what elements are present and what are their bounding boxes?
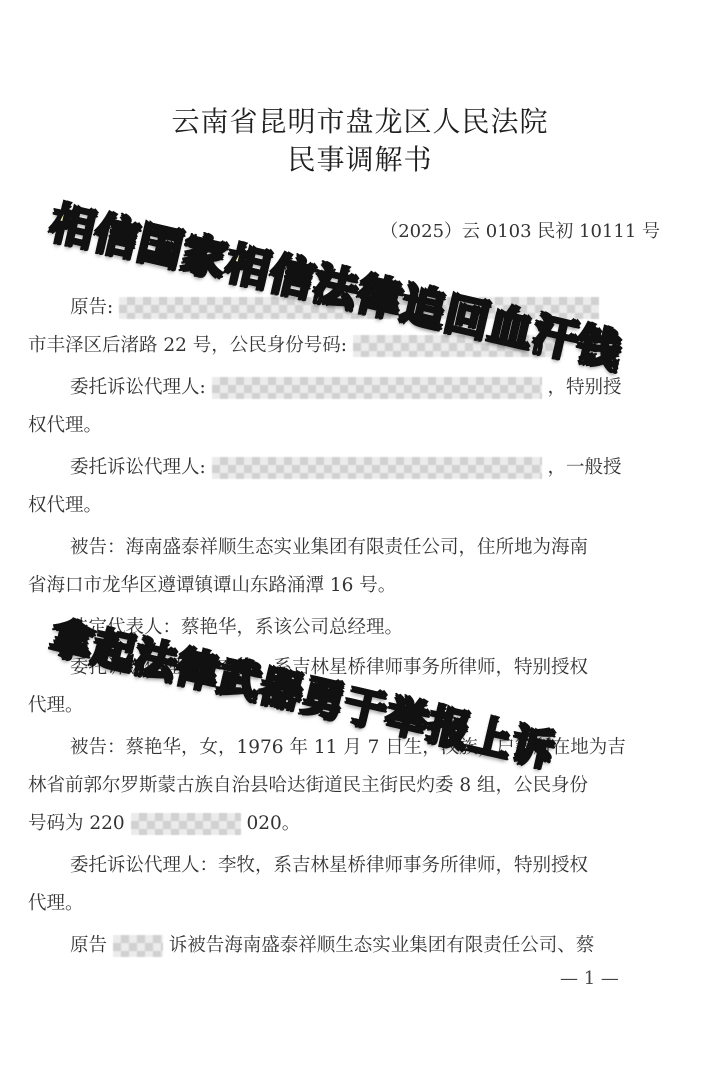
agent-line-4: 委托诉讼代理人：李牧，系吉林星桥律师事务所律师，特别授权 — [28, 854, 702, 878]
case-number: （2025）云 0103 民初 10111 号 — [380, 217, 660, 243]
defendant-person-line: 被告：蔡艳华，女，1976 年 11 月 7 日生，汉族，户籍所在地为吉 — [28, 736, 702, 760]
line-16: 代理。 — [28, 892, 660, 916]
redacted-block — [113, 935, 163, 957]
defendant-residence-line: 林省前郭尔罗斯蒙古族自治县哈达街道民主街民灼委 8 组，公民身份 — [28, 774, 660, 798]
agent-line-1: 委托诉讼代理人: ，特别授 — [28, 376, 702, 400]
address-text: 市丰泽区后渚路 22 号，公民身份号码: — [28, 335, 347, 356]
claim-line: 原告 诉被告海南盛泰祥顺生态实业集团有限责任公司、蔡 — [28, 934, 702, 958]
label-agent: 委托诉讼代理人: — [70, 457, 206, 478]
label-agent: 委托诉讼代理人: — [70, 377, 206, 398]
label-plaintiff: 原告: — [70, 297, 113, 318]
agent-line-2: 委托诉讼代理人: ，一般授 — [28, 456, 702, 480]
label-plaintiff: 原告 — [70, 935, 107, 956]
document-type: 民事调解书 — [0, 138, 720, 178]
id-prefix: 号码为 220 — [28, 813, 125, 834]
id-number-line: 号码为 220 020。 — [28, 812, 660, 836]
redacted-block — [212, 457, 542, 479]
redacted-block — [131, 813, 241, 835]
line-6: 权代理。 — [28, 494, 660, 518]
agent-suffix: ，特别授 — [548, 377, 622, 398]
agent-suffix: ，一般授 — [548, 457, 622, 478]
line-4: 权代理。 — [28, 414, 660, 438]
scanned-document-page: 云南省昆明市盘龙区人民法院 民事调解书 （2025）云 0103 民初 1011… — [0, 0, 720, 1070]
id-suffix: 020。 — [246, 813, 300, 834]
claim-text: 诉被告海南盛泰祥顺生态实业集团有限责任公司、蔡 — [169, 935, 595, 956]
court-name: 云南省昆明市盘龙区人民法院 — [0, 100, 720, 140]
defendant-company-line: 被告：海南盛泰祥顺生态实业集团有限责任公司，住所地为海南 — [28, 536, 702, 560]
page-number: — 1 — — [560, 968, 619, 989]
redacted-block — [212, 377, 542, 399]
defendant-address-line: 省海口市龙华区遵谭镇谭山东路涌潭 16 号。 — [28, 574, 660, 598]
